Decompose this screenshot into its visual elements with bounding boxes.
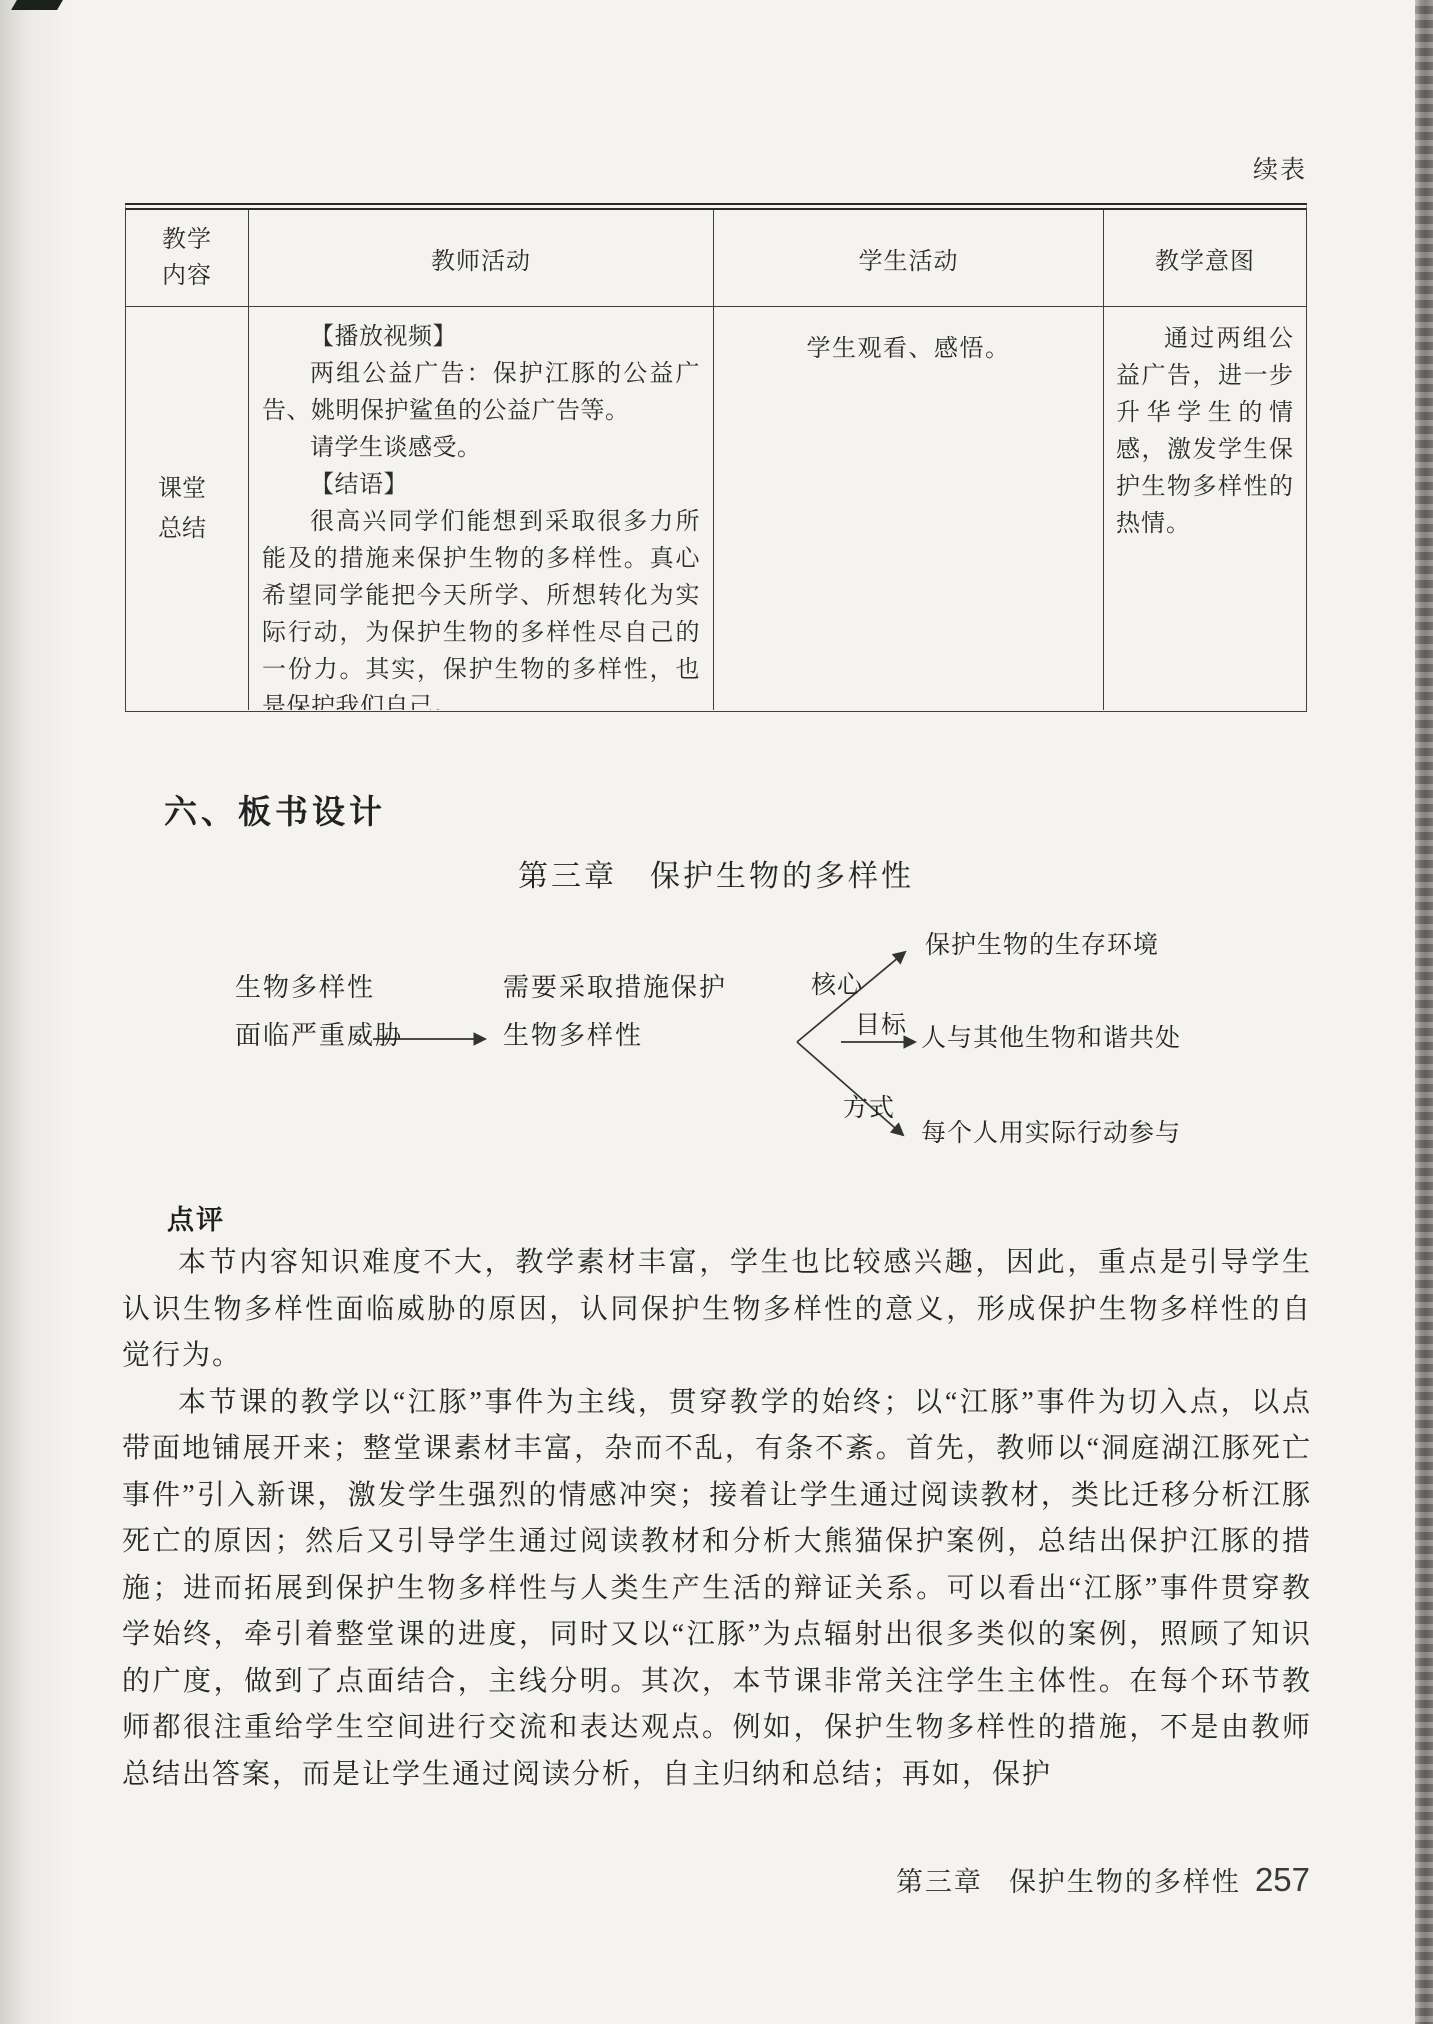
section-heading-board-design: 六、板书设计	[164, 786, 386, 833]
commentary-paragraph-1: 本节内容知识难度不大，教学素材丰富，学生也比较感兴趣，因此，重点是引导学生认识生…	[122, 1240, 1312, 1380]
scanned-page: 续表 教学内容 教师活动 学生活动 教学意图 课堂总结 【播放视频】 两组公益广…	[0, 0, 1433, 2024]
left-node-line1: 生物多样性	[235, 964, 403, 1012]
lesson-plan-table: 教学内容 教师活动 学生活动 教学意图 课堂总结 【播放视频】 两组公益广告：保…	[125, 203, 1307, 712]
branch-text-core: 保护生物的生存环境	[925, 925, 1159, 961]
continuation-label: 续表	[1253, 150, 1307, 186]
branch-label-method: 方式	[843, 1088, 895, 1124]
book-edge-shadow	[1415, 0, 1433, 2024]
cell-teaching-intent: 通过两组公益广告，进一步升华学生的情感，激发学生保护生物多样性的热情。	[1104, 307, 1306, 710]
branch-label-goal: 目标	[855, 1005, 907, 1041]
left-node-line2: 面临严重威胁	[235, 1012, 403, 1060]
table-body-row: 课堂总结 【播放视频】 两组公益广告：保护江豚的公益广告、姚明保护鲨鱼的公益广告…	[126, 307, 1306, 710]
teacher-activity-paragraph: 很高兴同学们能想到采取很多力所能及的措施来保护生物的多样性。真心希望同学能把今天…	[262, 504, 700, 710]
diagram-arrows	[125, 915, 1415, 1205]
branch-text-method: 每个人用实际行动参与	[921, 1113, 1181, 1149]
teacher-activity-paragraph: 两组公益广告：保护江豚的公益广告、姚明保护鲨鱼的公益广告等。	[262, 356, 700, 430]
teaching-intent-paragraph: 通过两组公益广告，进一步升华学生的情感，激发学生保护生物多样性的热情。	[1116, 321, 1294, 543]
header-teacher-activity: 教师活动	[249, 210, 714, 306]
center-node-line1: 需要采取措施保护	[503, 964, 727, 1012]
teacher-activity-paragraph: 请学生谈感受。	[262, 430, 700, 467]
page-footer: 第三章保护生物的多样性257	[896, 1860, 1310, 1899]
footer-page-number: 257	[1255, 1861, 1310, 1898]
commentary-heading: 点评	[167, 1198, 225, 1237]
row-label: 课堂总结	[158, 469, 216, 549]
header-teaching-intent: 教学意图	[1104, 210, 1306, 306]
board-title: 第三章 保护生物的多样性	[125, 851, 1307, 895]
footer-chapter: 第三章	[896, 1867, 983, 1898]
branch-label-core: 核心	[811, 965, 863, 1001]
board-diagram: 生物多样性 面临严重威胁 需要采取措施保护 生物多样性 核心 目标 方式 保护生…	[125, 915, 1415, 1205]
branch-text-goal: 人与其他生物和谐共处	[921, 1018, 1181, 1054]
cell-student-activity: 学生观看、感悟。	[714, 307, 1104, 710]
commentary-body: 本节内容知识难度不大，教学素材丰富，学生也比较感兴趣，因此，重点是引导学生认识生…	[122, 1240, 1312, 1798]
diagram-center-node: 需要采取措施保护 生物多样性	[503, 964, 727, 1060]
header-student-activity: 学生活动	[714, 210, 1104, 306]
commentary-paragraph-2: 本节课的教学以“江豚”事件为主线，贯穿教学的始终；以“江豚”事件为切入点，以点带…	[122, 1380, 1312, 1799]
teacher-activity-block-title: 【播放视频】	[262, 319, 700, 356]
scan-corner-mark	[11, 0, 63, 10]
cell-teacher-activity: 【播放视频】 两组公益广告：保护江豚的公益广告、姚明保护鲨鱼的公益广告等。 请学…	[249, 307, 714, 710]
diagram-left-node: 生物多样性 面临严重威胁	[235, 964, 403, 1060]
cell-teaching-content: 课堂总结	[126, 307, 249, 710]
table-header-row: 教学内容 教师活动 学生活动 教学意图	[126, 210, 1306, 307]
footer-book-title: 保护生物的多样性	[1009, 1867, 1241, 1898]
header-teaching-content: 教学内容	[126, 210, 249, 306]
center-node-line2: 生物多样性	[503, 1012, 727, 1060]
teacher-activity-block-title: 【结语】	[262, 467, 700, 504]
